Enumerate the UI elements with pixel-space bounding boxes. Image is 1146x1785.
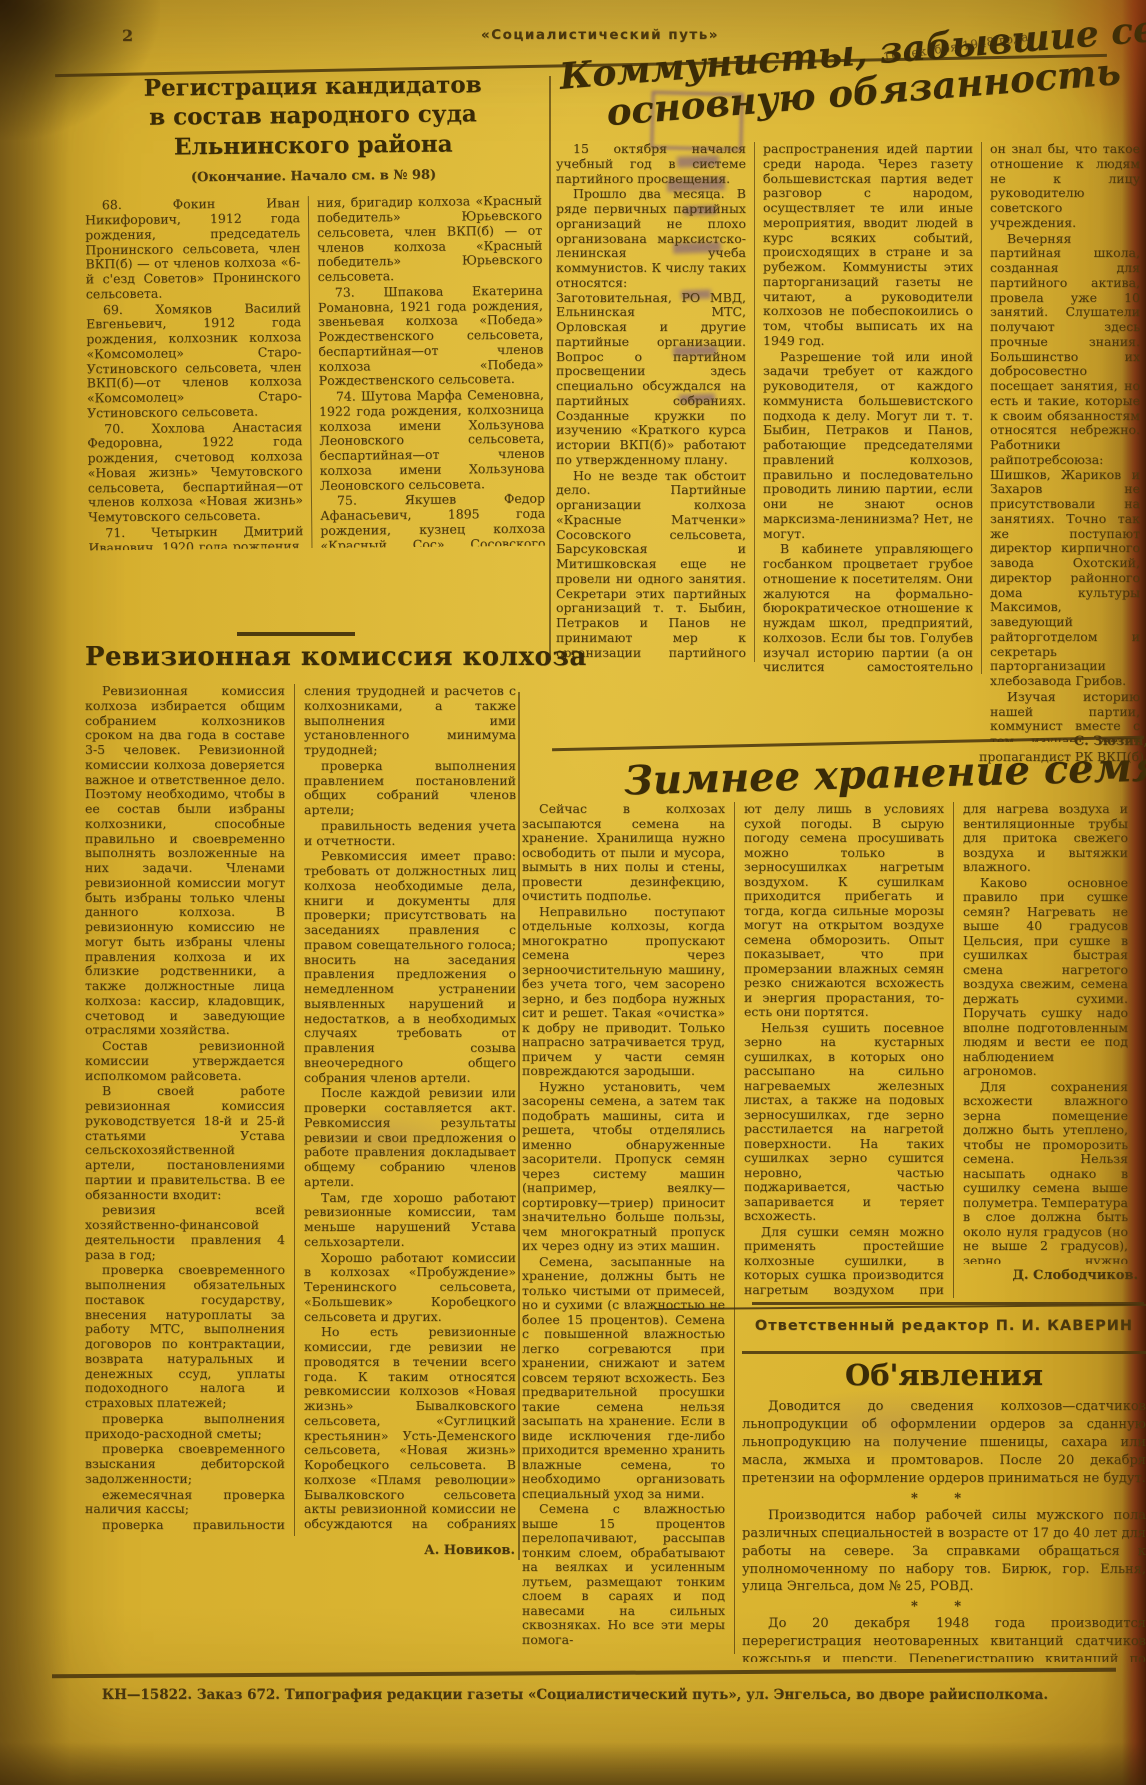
paragraph: 69. Хомяков Василий Евгеньевич, 1912 год… [86, 301, 302, 421]
newspaper-page: 2 «Социалистический путь» 16 декабря 194… [0, 0, 1146, 1785]
text-column: распространения идей партии среди народа… [755, 142, 982, 674]
paragraph: Для сушки семян можно применять простейш… [744, 1225, 944, 1299]
paragraph: Состав ревизионной комиссии утверждается… [85, 1039, 285, 1083]
photo-edge-left [0, 0, 70, 1785]
text-column: Ревизионная комиссия колхоза избирается … [85, 684, 295, 1536]
paragraph: Ревизионная комиссия колхоза избирается … [85, 684, 285, 1038]
article-title: Коммунисты, забывшие свою основную обяза… [558, 3, 1146, 138]
paragraph: Неправильно поступают отдельные колхозы,… [522, 905, 725, 1079]
headline-bar [237, 632, 355, 636]
paragraph: для нагрева воздуха и вентиляционные тру… [963, 802, 1128, 875]
paragraph: В кабинете управляющего госбанком процве… [763, 542, 973, 674]
column-divider [518, 692, 520, 1560]
paragraph: Нужно установить, чем засорены семена, а… [522, 1080, 725, 1254]
text-column: ют делу лишь в условиях сухой погоды. В … [735, 802, 954, 1298]
text-column: сления трудодней и расчетов с колхозника… [295, 684, 516, 1536]
photo-shadow-bottom [0, 1742, 1146, 1785]
page-number: 2 [122, 26, 133, 45]
title-line: Регистрация кандидатов [144, 71, 482, 102]
paragraph: 70. Хохлова Анастасия Федоровна, 1922 го… [87, 420, 303, 525]
text-column: 15 октября начался учебный год в системе… [556, 142, 755, 662]
announcement-item: Доводится до сведения колхозов—сдатчиков… [742, 1398, 1146, 1488]
paragraph: Каково основное правило при сушке семян?… [963, 876, 1128, 1079]
column-divider [549, 76, 551, 660]
paragraph: ежемесячная проверка наличия кассы; [85, 1488, 285, 1518]
paragraph: 15 октября начался учебный год в системе… [556, 142, 746, 186]
paragraph: ревизия всей хозяйственно-финансовой дея… [85, 1203, 285, 1262]
paragraph: 73. Шпакова Екатерина Романовна, 1921 го… [318, 283, 544, 389]
paragraph: В своей работе ревизионная комиссия руко… [85, 1084, 285, 1202]
announcements-title: Об'явления [742, 1358, 1146, 1392]
paragraph: Семена, засыпанные на хранение, должны б… [522, 1255, 725, 1502]
article-registration: Регистрация кандидатов в состав народног… [84, 70, 547, 551]
footer-rule [52, 1668, 1116, 1678]
paragraph: Там, где хорошо работают ревизионные ком… [304, 1191, 516, 1250]
paragraph: ют делу лишь в условиях сухой погоды. В … [744, 802, 944, 1020]
paragraph: Сейчас в колхозах засыпаются семена на х… [522, 802, 725, 904]
paragraph: проверка своевременного выполнения обяза… [85, 1263, 285, 1411]
article-signature: А. Новиков. [307, 1543, 515, 1558]
article-body: 15 октября начался учебный год в системе… [556, 142, 1140, 742]
masthead: «Социалистический путь» [430, 27, 770, 43]
paragraph: 74. Шутова Марфа Семеновна, 1922 года ро… [319, 388, 545, 494]
paragraph: Семена с влажностью выше 15 процентов пе… [522, 1502, 725, 1647]
title-line: Ельнинского района [174, 130, 453, 160]
paragraph: Нельзя сушить посевное зерно на кустарны… [744, 1021, 944, 1224]
paragraph: сления трудодней и расчетов с колхозника… [304, 684, 516, 758]
paragraph: Ревкомиссия имеет право: требовать от до… [304, 849, 516, 1085]
paragraph: правильность ведения учета и отчетности. [304, 819, 516, 849]
section-rule [742, 1351, 1146, 1354]
editor-line: Ответственный редактор П. И. КАВЕРИН [742, 1318, 1146, 1334]
paragraph: Прошло два месяца. В ряде первичных парт… [556, 187, 746, 467]
text-column: для нагрева воздуха и вентиляционные тру… [954, 802, 1128, 1264]
paragraph: 71. Четыркин Дмитрий Иванович, 1920 года… [88, 524, 304, 551]
paragraph: он знал бы, что такое отношение к людям … [990, 142, 1140, 231]
paragraph: проверка выполнения приходо-расходной см… [85, 1412, 285, 1442]
announcement-item: До 20 декабря 1948 года производится пер… [742, 1615, 1146, 1662]
announcement-item: Производится набор рабочей силы мужского… [742, 1507, 1146, 1597]
paragraph: распространения идей партии среди народа… [763, 142, 973, 349]
text-column: Сейчас в колхозах засыпаются семена на х… [522, 802, 735, 1654]
article-body: 68. Фокин Иван Никифорович, 1912 года ро… [85, 194, 547, 551]
paragraph: Хорошо работают комиссии в колхозах «Про… [304, 1251, 516, 1325]
paragraph: Для сохранения всхожести влажного зерна … [963, 1080, 1128, 1265]
article-title: Зимнее хранение семян [623, 743, 1146, 805]
article-title: Регистрация кандидатов в состав народног… [84, 70, 543, 163]
article-signature: Д. Слободчиков. [942, 1268, 1138, 1283]
text-column: он знал бы, что такое отношение к людям … [982, 142, 1140, 742]
text-column: ния, бригадир колхоза «Красный победител… [309, 194, 546, 548]
paragraph: Вечерняя партийная школа, созданная для … [990, 232, 1140, 689]
paragraph: Но есть ревизионные комиссии, где ревизи… [304, 1325, 516, 1536]
paragraph: проверка своевременного взыскания дебито… [85, 1442, 285, 1486]
paragraph: проверка выполнения правлением постановл… [304, 759, 516, 818]
title-line: в состав народного суда [149, 101, 477, 131]
article-title: Ревизионная комиссия колхоза [85, 642, 517, 672]
article-subtitle: (Окончание. Начало см. в № 98) [85, 167, 543, 187]
paragraph: Но не везде так обстоит дело. Партийные … [556, 469, 746, 663]
text-column: 68. Фокин Иван Никифорович, 1912 года ро… [85, 196, 313, 550]
paragraph: После каждой ревизии или проверки состав… [304, 1086, 516, 1189]
imprint-line: КН—15822. Заказ 672. Типография редакции… [75, 1687, 1075, 1703]
asterisk-separator: * * [742, 1492, 1146, 1505]
announcements-section: Об'явления Доводится до сведения колхозо… [742, 1356, 1146, 1662]
paragraph: Разрешение той или иной задачи требует о… [763, 350, 973, 542]
article-body: Ревизионная комиссия колхоза избирается … [85, 684, 517, 1536]
asterisk-separator: * * [742, 1600, 1146, 1613]
paragraph: ния, бригадир колхоза «Красный победител… [317, 194, 543, 285]
paragraph: проверка правильности оприходования и ра… [85, 1518, 285, 1536]
article-revision-commission: Ревизионная комиссия колхоза Ревизионная… [85, 618, 517, 1536]
paragraph: 68. Фокин Иван Никифорович, 1912 года ро… [85, 196, 301, 301]
paragraph: 75. Якушев Федор Афанасьевич, 1895 года … [320, 492, 546, 548]
